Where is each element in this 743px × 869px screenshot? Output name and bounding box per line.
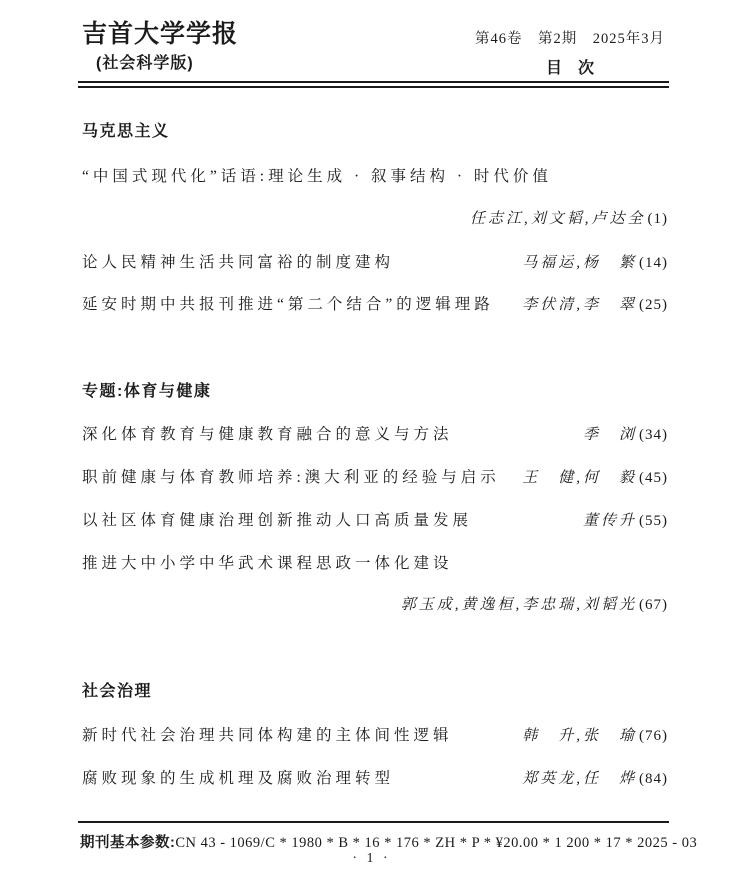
article-row: 以社区体育健康治理创新推动人口高质量发展 董传升(55) [82, 508, 668, 530]
article-page-number: (34) [639, 427, 668, 443]
article-authors: 季 浏 [583, 427, 637, 443]
article-byline: 王 健,何 毅(45) [522, 466, 668, 487]
article-byline: 郑英龙,任 烨(84) [522, 767, 668, 788]
article-row: “中国式现代化”话语:理论生成 · 叙事结构 · 时代价值 [82, 164, 668, 186]
article-byline-row: 郭玉成,黄逸桓,李忠瑞,刘韬光(67) [82, 593, 668, 614]
article-authors: 任志江,刘文韬,卢达全 [470, 211, 646, 227]
article-title: 延安时期中共报刊推进“第二个结合”的逻辑理路 [82, 292, 494, 314]
article-page-number: (84) [639, 771, 668, 787]
contents-label: 目 次 [477, 55, 663, 78]
article-title: 深化体育教育与健康教育融合的意义与方法 [82, 422, 453, 444]
page-number: · 1 · [0, 851, 743, 867]
article-title: 职前健康与体育教师培养:澳大利亚的经验与启示 [82, 465, 500, 487]
article-row: 职前健康与体育教师培养:澳大利亚的经验与启示 王 健,何 毅(45) [82, 465, 668, 487]
article-authors: 李伏清,李 翠 [522, 297, 637, 313]
journal-parameters-label: 期刊基本参数: [80, 835, 175, 851]
article-page-number: (55) [639, 513, 668, 529]
article-row: 论人民精神生活共同富裕的制度建构 马福运,杨 繁(14) [82, 250, 668, 272]
journal-toc-page: 吉首大学学报 (社会科学版) 第46卷 第2期 2025年3月 目 次 马克思主… [0, 0, 743, 869]
article-row: 延安时期中共报刊推进“第二个结合”的逻辑理路 李伏清,李 翠(25) [82, 292, 668, 314]
journal-subtitle: (社会科学版) [96, 50, 194, 73]
article-byline: 马福运,杨 繁(14) [522, 251, 668, 272]
article-page-number: (76) [639, 728, 668, 744]
section-title-sports-health: 专题:体育与健康 [82, 378, 211, 401]
article-title: 推进大中小学中华武术课程思政一体化建设 [82, 551, 453, 573]
article-row: 新时代社会治理共同体构建的主体间性逻辑 韩 升,张 瑜(76) [82, 723, 668, 745]
article-byline: 李伏清,李 翠(25) [522, 293, 668, 314]
article-page-number: (67) [639, 597, 668, 613]
issue-info: 第46卷 第2期 2025年3月 [475, 27, 665, 48]
article-authors: 马福运,杨 繁 [522, 255, 637, 271]
article-byline: 季 浏(34) [583, 423, 668, 444]
journal-parameters-value: CN 43 - 1069/C * 1980 * B * 16 * 176 * Z… [175, 835, 697, 851]
article-title: 论人民精神生活共同富裕的制度建构 [82, 250, 394, 272]
header-double-rule [78, 81, 669, 88]
article-authors: 王 健,何 毅 [522, 470, 637, 486]
article-row: 深化体育教育与健康教育融合的意义与方法 季 浏(34) [82, 422, 668, 444]
article-page-number: (1) [648, 211, 669, 227]
article-row: 腐败现象的生成机理及腐败治理转型 郑英龙,任 烨(84) [82, 766, 668, 788]
journal-title: 吉首大学学报 [82, 14, 238, 50]
article-title: “中国式现代化”话语:理论生成 · 叙事结构 · 时代价值 [82, 164, 552, 186]
footer-rule [78, 821, 669, 823]
section-title-marxism: 马克思主义 [82, 118, 170, 141]
article-page-number: (45) [639, 470, 668, 486]
article-row: 推进大中小学中华武术课程思政一体化建设 [82, 551, 668, 573]
article-authors: 董传升 [583, 513, 637, 529]
article-authors: 郑英龙,任 烨 [522, 771, 637, 787]
article-title: 腐败现象的生成机理及腐败治理转型 [82, 766, 394, 788]
article-authors: 韩 升,张 瑜 [522, 728, 637, 744]
article-title: 以社区体育健康治理创新推动人口高质量发展 [82, 508, 472, 530]
article-title: 新时代社会治理共同体构建的主体间性逻辑 [82, 723, 453, 745]
article-page-number: (14) [639, 255, 668, 271]
article-page-number: (25) [639, 297, 668, 313]
article-byline: 董传升(55) [583, 509, 668, 530]
article-byline-row: 任志江,刘文韬,卢达全(1) [82, 207, 668, 228]
journal-parameters: 期刊基本参数:CN 43 - 1069/C * 1980 * B * 16 * … [80, 831, 668, 852]
section-title-social-governance: 社会治理 [82, 678, 152, 701]
article-authors: 郭玉成,黄逸桓,李忠瑞,刘韬光 [401, 597, 637, 613]
article-byline: 韩 升,张 瑜(76) [522, 724, 668, 745]
